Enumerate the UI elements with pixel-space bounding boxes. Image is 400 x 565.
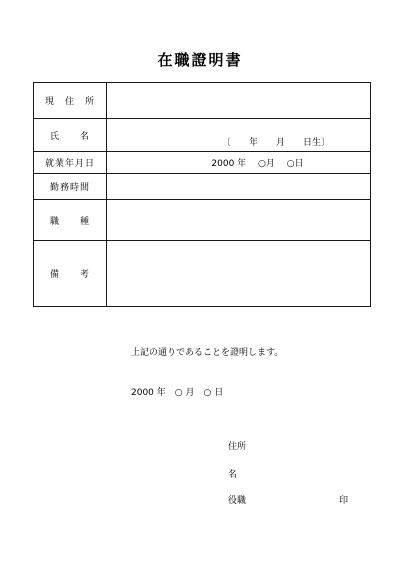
certificate-table: 現 住 所 氏 名 〔 年 月 日生〕 就業年月日 2000 年 ○月 ○日 勤… [33,82,371,307]
table-row-employment-date: 就業年月日 2000 年 ○月 ○日 [34,152,371,174]
name-label: 氏 名 [34,119,107,152]
table-row-working-hours: 勤務時間 [34,174,371,200]
issue-date: 2000 年 ○ 月 ○ 日 [131,385,223,398]
working-hours-label: 勤務時間 [34,174,107,200]
name-value-cell: 〔 年 月 日生〕 [107,119,371,152]
remarks-value-cell [107,241,371,307]
employment-date-value-cell: 2000 年 ○月 ○日 [107,152,371,174]
table-row-name: 氏 名 〔 年 月 日生〕 [34,119,371,152]
job-type-label: 職 種 [34,200,107,241]
employment-date-value: 2000 年 ○月 ○日 [107,156,370,169]
working-hours-value-cell [107,174,371,200]
document-title: 在職證明書 [0,49,400,70]
certificate-page: 在職證明書 現 住 所 氏 名 〔 年 月 日生〕 就業年月日 2000 年 ○… [0,0,400,565]
signer-title-label: 役職 [228,493,246,506]
signer-address-label: 住所 [228,439,246,452]
seal-mark: 印 [339,493,348,506]
job-type-value-cell [107,200,371,241]
certification-statement: 上記の通りであることを證明します。 [131,345,283,358]
birthdate-placeholder: 〔 年 月 日生〕 [222,135,330,148]
employment-date-label: 就業年月日 [34,152,107,174]
address-label: 現 住 所 [34,83,107,119]
signer-name-label: 名 [228,467,237,480]
table-row-remarks: 備 考 [34,241,371,307]
address-value-cell [107,83,371,119]
table-row-job-type: 職 種 [34,200,371,241]
remarks-label: 備 考 [34,241,107,307]
table-row-address: 現 住 所 [34,83,371,119]
